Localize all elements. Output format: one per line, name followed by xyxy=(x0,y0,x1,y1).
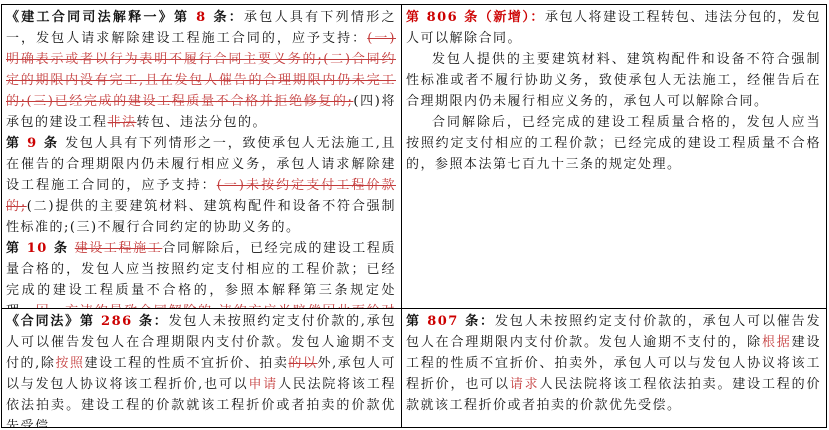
text-run-normal-black: 建设工程的性质不宜折价、拍卖 xyxy=(85,356,289,371)
text-run-bold-red: 8 xyxy=(196,10,207,25)
text-run-bold-black: 第 xyxy=(6,136,27,151)
text-run-red-strikethrough: 的以 xyxy=(288,356,317,371)
text-run-bold-black: 第 xyxy=(174,10,196,25)
text-run-bold-black: 条： xyxy=(207,10,244,25)
text-run-red: 请求 xyxy=(510,377,540,392)
text-run-normal-black: (二)提供的主要建筑材料、建筑构配件和设备不符合强制性标准的;(三)不履行合同约… xyxy=(6,199,396,235)
text-run-bold-red: 10 xyxy=(27,241,48,256)
text-run-bold-black: 条： xyxy=(133,314,169,329)
comparison-table: 《建工合同司法解释一》第 8 条：承包人具有下列情形之一，发包人请求解除建设工程… xyxy=(1,4,827,428)
cell-contract-law-art-286: 《合同法》第 286 条：发包人未按照约定支付价款的,承包人可以催告发包人在合理… xyxy=(2,309,402,427)
text-run-red: 申请 xyxy=(248,377,278,392)
paragraph: 第 10 条 建设工程施工合同解除后，已经完成的建设工程质量合格的，发包人应当按… xyxy=(6,238,396,309)
cell-civil-code-art-806-new: 第 806 条（新增）：承包人将建设工程转包、违法分包的，发包人可以解除合同。发… xyxy=(402,5,826,309)
text-run-bold-red: 9 xyxy=(27,136,38,151)
text-run-normal-black: 转包、违法分包的。 xyxy=(137,115,268,130)
text-run-bold-black: 第 xyxy=(80,314,101,329)
paragraph: 《合同法》第 286 条：发包人未按照约定支付价款的,承包人可以催告发包人在合理… xyxy=(6,311,396,427)
text-run-bold-red: 第 806 条（新增）： xyxy=(406,10,545,25)
text-run-bold-black: 条 xyxy=(38,136,65,151)
cell-judicial-interpretation-art-8-10: 《建工合同司法解释一》第 8 条：承包人具有下列情形之一，发包人请求解除建设工程… xyxy=(2,5,402,309)
text-run-red: 按照 xyxy=(55,356,84,371)
text-run-normal-black: 合同解除后，已经完成的建设工程质量合格的，发包人应当按照约定支付相应的工程价款；… xyxy=(406,115,821,172)
paragraph: 发包人提供的主要建筑材料、建筑构配件和设备不符合强制性标准或者不履行协助义务，致… xyxy=(406,49,821,112)
text-run-bold-black: 《建工合同司法解释一》 xyxy=(6,10,174,25)
paragraph: 《建工合同司法解释一》第 8 条：承包人具有下列情形之一，发包人请求解除建设工程… xyxy=(6,7,396,133)
paragraph: 第 807 条：发包人未按照约定支付价款的，承包人可以催告发包人在合理期限内支付… xyxy=(406,311,821,416)
document-page: 《建工合同司法解释一》第 8 条：承包人具有下列情形之一，发包人请求解除建设工程… xyxy=(0,0,829,430)
text-run-bold-black: 第 xyxy=(6,241,27,256)
text-run-bold-black: 第 xyxy=(406,314,427,329)
text-run-red-strikethrough: 建设工程施工 xyxy=(75,241,163,256)
paragraph: 第 9 条 发包人具有下列情形之一，致使承包人无法施工,且在催告的合理期限内仍未… xyxy=(6,133,396,238)
text-run-bold-black: 条 xyxy=(48,241,75,256)
text-run-normal-black: 发包人提供的主要建筑材料、建筑构配件和设备不符合强制性标准或者不履行协助义务，致… xyxy=(406,52,821,109)
text-run-red: 根据 xyxy=(762,335,792,350)
text-run-bold-black: 《合同法》 xyxy=(6,314,80,329)
paragraph: 第 806 条（新增）：承包人将建设工程转包、违法分包的，发包人可以解除合同。 xyxy=(406,7,821,49)
text-run-red-strikethrough: 非法 xyxy=(108,115,137,130)
text-run-bold-black: 条： xyxy=(459,314,495,329)
text-run-bold-red: 807 xyxy=(427,314,459,329)
cell-civil-code-art-807: 第 807 条：发包人未按照约定支付价款的，承包人可以催告发包人在合理期限内支付… xyxy=(402,309,826,427)
text-run-bold-red: 286 xyxy=(101,314,133,329)
paragraph: 合同解除后，已经完成的建设工程质量合格的，发包人应当按照约定支付相应的工程价款；… xyxy=(406,112,821,175)
